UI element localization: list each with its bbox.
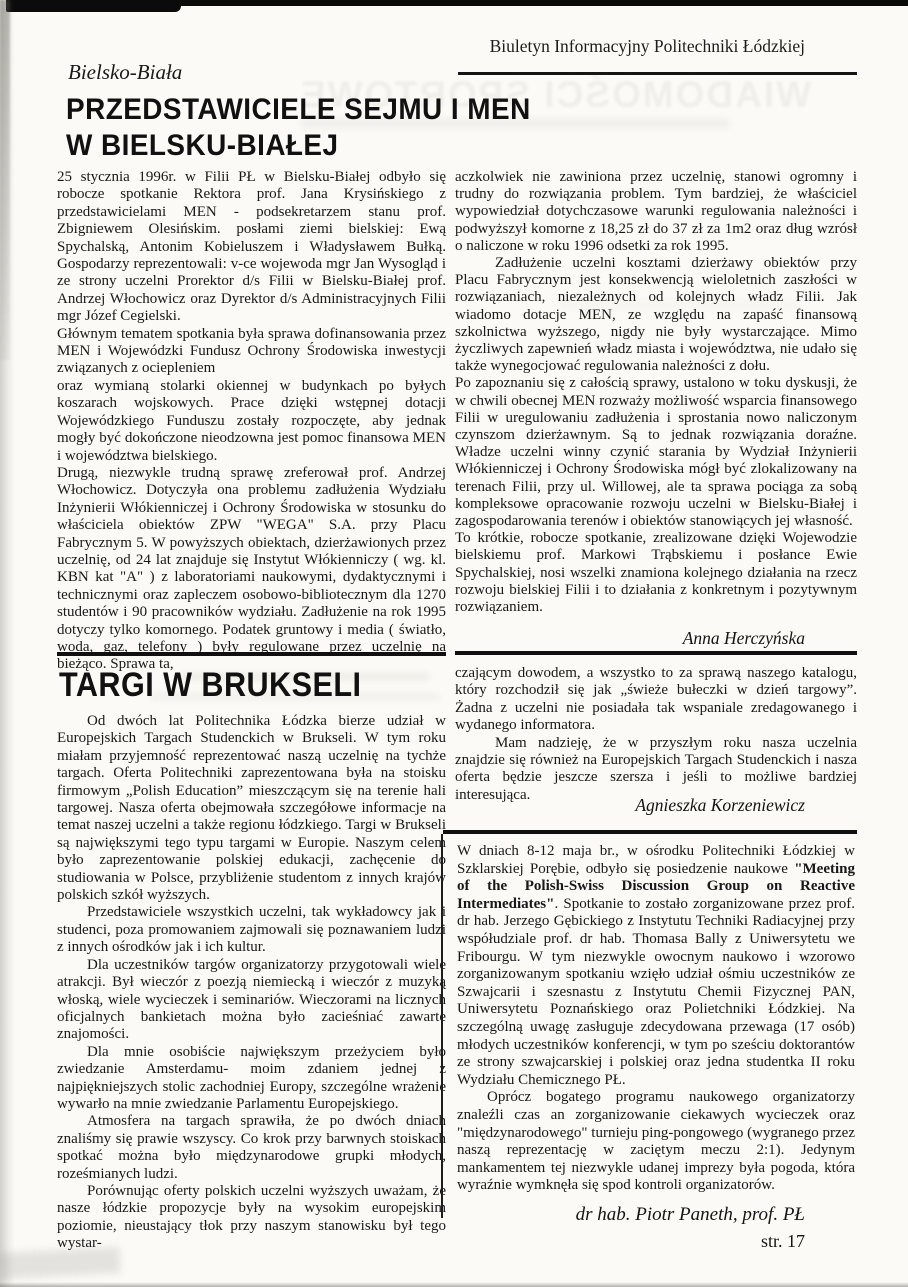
article1-paragraph: Drugą, niezwykle trudną sprawę zreferowa… <box>57 465 446 674</box>
scanned-bulletin-page: WIADOMOŚCI SPORTOWE Biuletyn Informacyjn… <box>0 0 908 1287</box>
article1-paragraph: Zadłużenie uczelni kosztami dzierżawy ob… <box>455 255 857 375</box>
section-rule-left <box>57 652 446 656</box>
article2-paragraph: czającym dowodem, a wszystko to za spraw… <box>455 665 857 735</box>
article1-title-line1: PRZEDSTAWICIELE SEJMU I MEN <box>66 93 531 127</box>
column-divider-rule <box>441 834 443 1218</box>
article2-paragraph: Dla uczestników targów organizatorzy prz… <box>57 957 446 1044</box>
scan-top-edge-thick <box>6 0 181 12</box>
article2-signature: Agnieszka Korzeniewicz <box>455 795 805 816</box>
article1-title-line2: W BIELSKU-BIAŁEJ <box>66 129 338 163</box>
article1-left-column: 25 stycznia 1996r. w Filii PŁ w Bielsku-… <box>57 169 446 674</box>
bulletin-header: Biuletyn Informacyjny Politechniki Łódzk… <box>455 36 805 57</box>
article1-right-column: aczkolwiek nie zawiniona przez uczelnię,… <box>455 169 857 616</box>
section-rule-right <box>455 651 857 655</box>
article3-text: . Spotkanie to zostało zorganizowane prz… <box>457 896 855 1088</box>
masthead-rule <box>458 72 857 75</box>
article1-paragraph: oraz wymianą stolarki okiennej w budynka… <box>57 378 446 465</box>
article3-paragraph: W dniach 8-12 maja br., w ośrodku Polite… <box>457 843 855 1089</box>
article3-paragraph: Oprócz bogatego programu naukowego organ… <box>457 1089 855 1195</box>
article3-signature: dr hab. Piotr Paneth, prof. PŁ <box>455 1204 805 1226</box>
article2-paragraph: Atmosfera na targach sprawiła, że po dwó… <box>57 1113 446 1183</box>
article1-paragraph: 25 stycznia 1996r. w Filii PŁ w Bielsku-… <box>57 169 446 326</box>
article1-kicker: Bielsko-Biała <box>68 60 182 85</box>
scan-left-smudge <box>0 0 10 360</box>
article1-paragraph: Głównym tematem spotkania była sprawa do… <box>57 326 446 378</box>
page-number: str. 17 <box>555 1231 805 1252</box>
article2-title: TARGI W BRUKSELI <box>59 666 361 705</box>
article2-left-column: Od dwóch lat Politechnika Łódzka bierze … <box>57 713 446 1253</box>
article1-signature: Anna Herczyńska <box>455 628 805 649</box>
scan-bottom-edge <box>0 1282 908 1287</box>
article1-paragraph: To krótkie, robocze spotkanie, zrealizow… <box>455 530 857 616</box>
article3-top-rule <box>443 830 857 834</box>
article1-paragraph: aczkolwiek nie zawiniona przez uczelnię,… <box>455 169 857 255</box>
article2-right-column: czającym dowodem, a wszystko to za spraw… <box>455 665 857 804</box>
article2-paragraph: Dla mnie osobiście największym przeżycie… <box>57 1044 446 1114</box>
article2-paragraph: Przedstawiciele wszystkich uczelni, tak … <box>57 904 446 956</box>
article1-paragraph: Po zapoznaniu się z całością sprawy, ust… <box>455 375 857 530</box>
article2-paragraph: Mam nadzieję, że w przyszłym roku nasza … <box>455 735 857 805</box>
article2-paragraph: Porównując oferty polskich uczelni wyższ… <box>57 1183 446 1253</box>
article2-paragraph: Od dwóch lat Politechnika Łódzka bierze … <box>57 713 446 904</box>
article3-column: W dniach 8-12 maja br., w ośrodku Polite… <box>457 843 855 1195</box>
